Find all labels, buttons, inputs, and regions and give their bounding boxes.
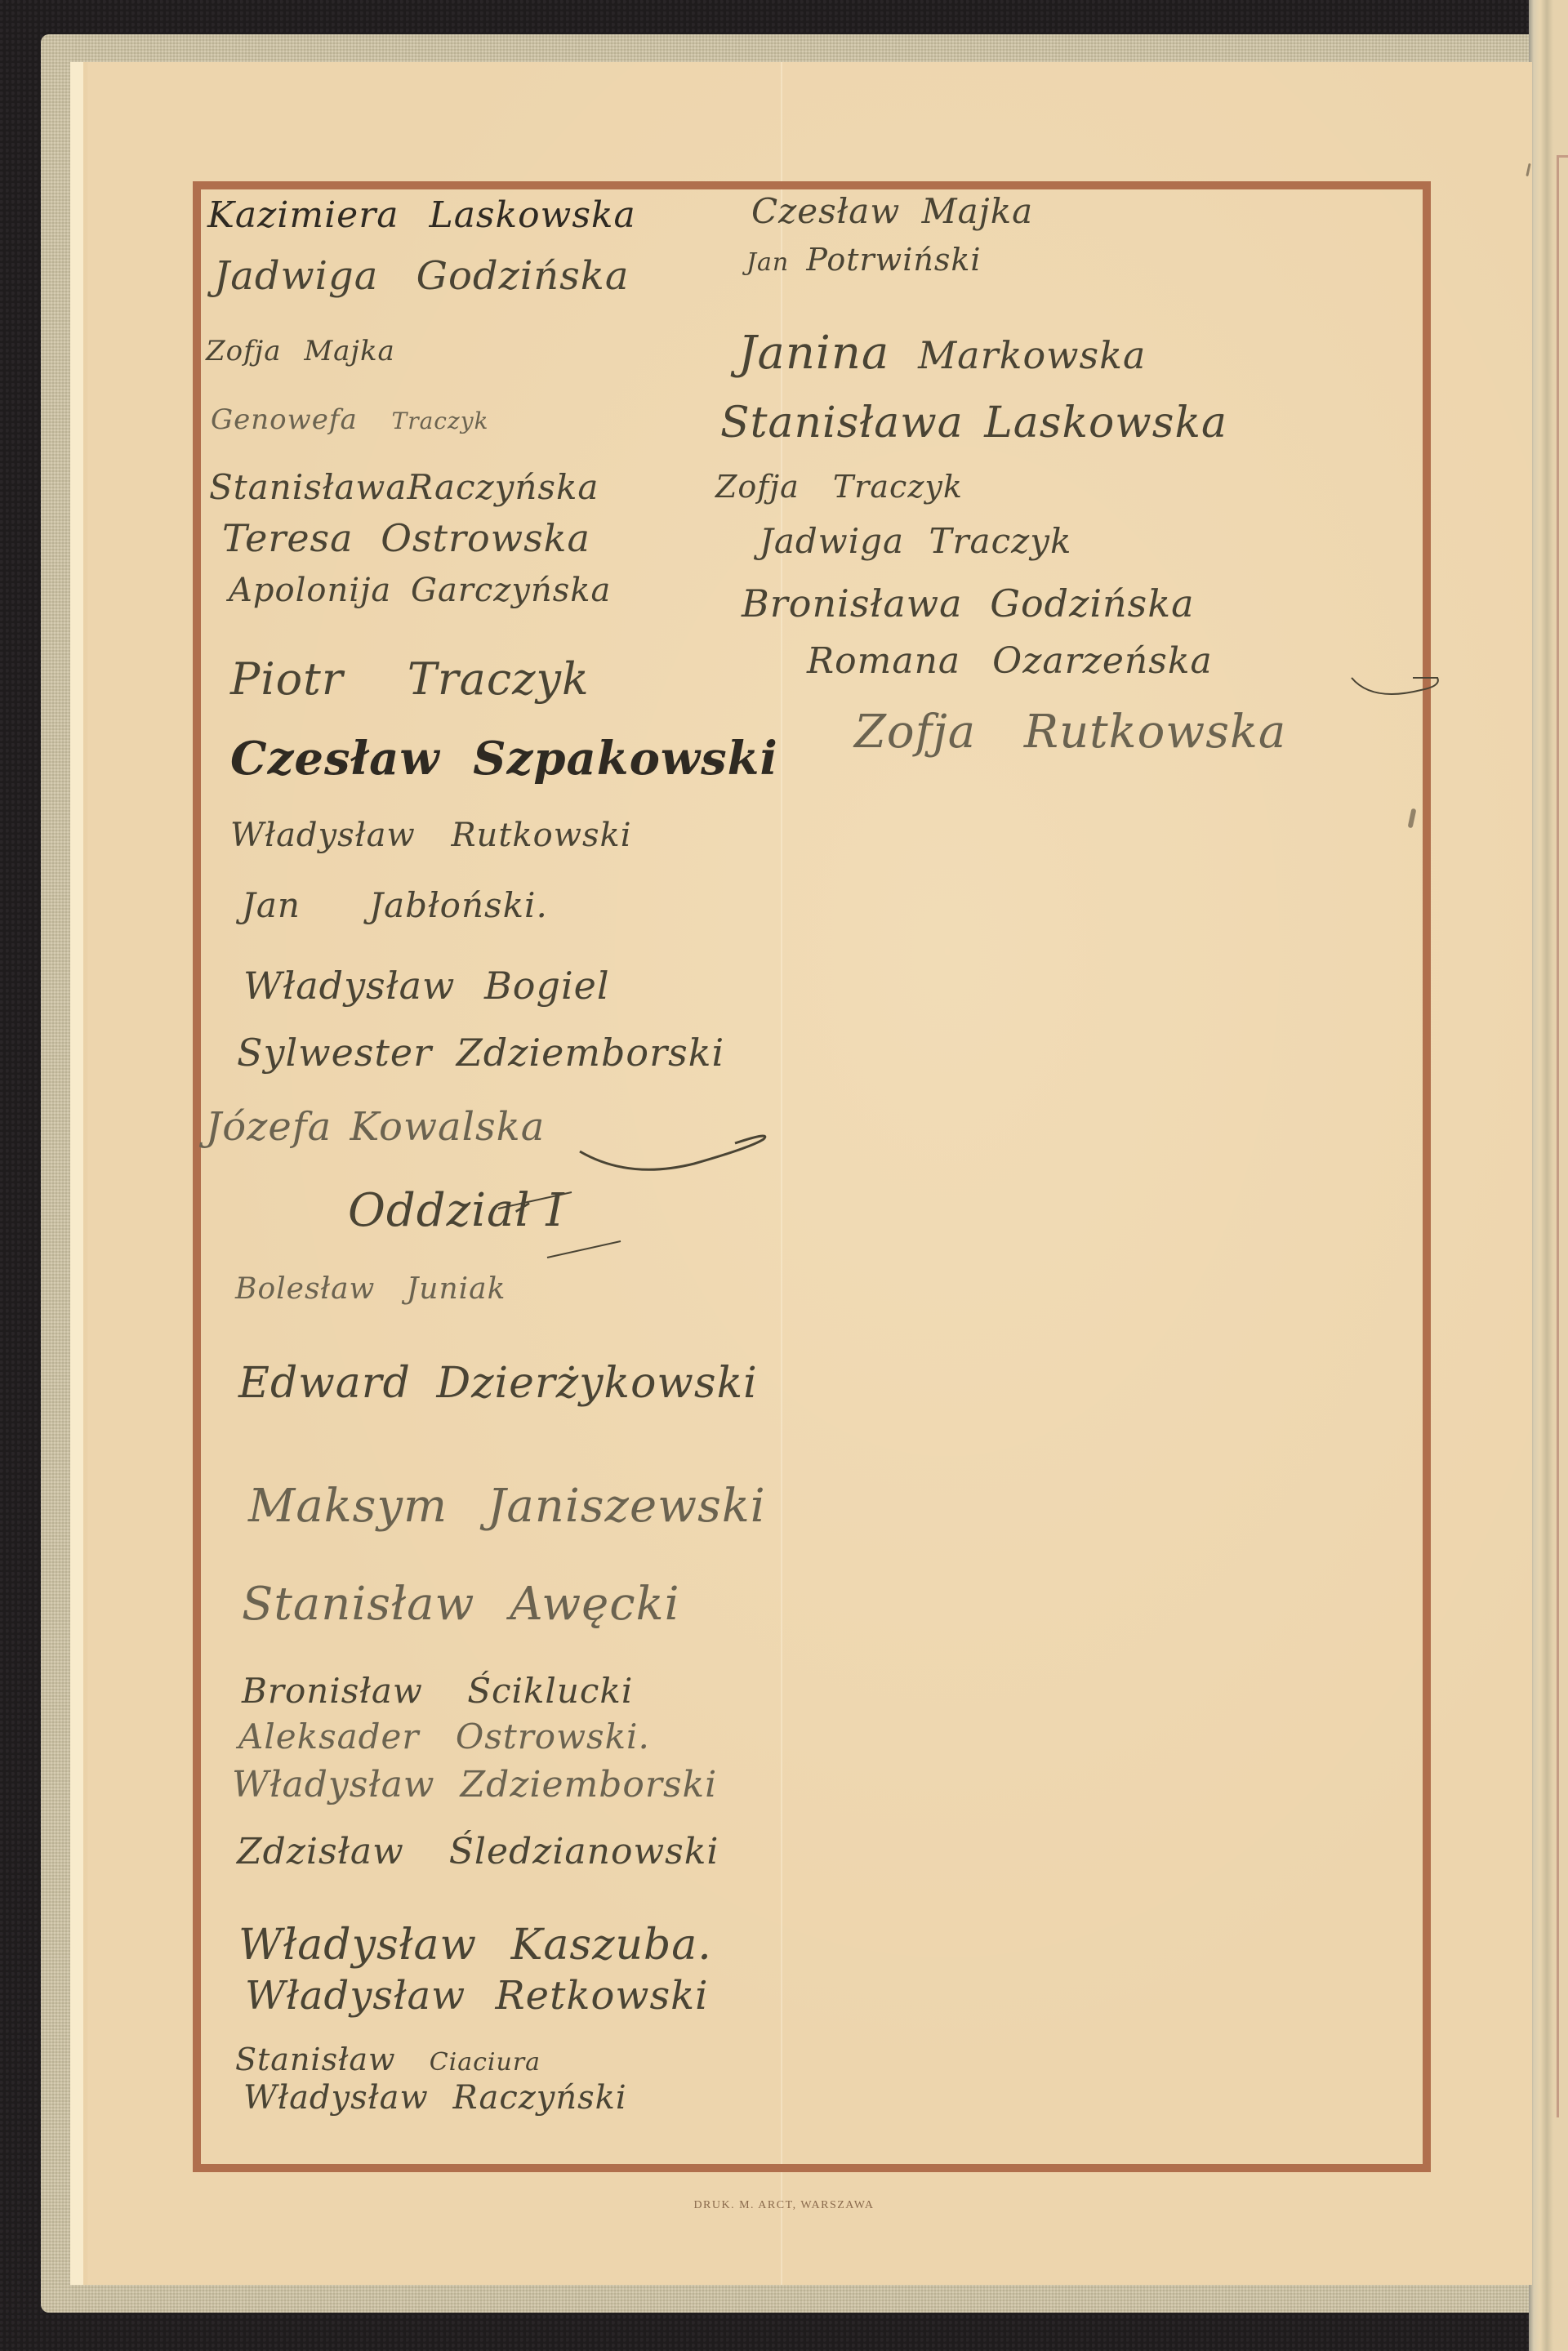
last-name: Garczyńska: [411, 572, 611, 609]
first-name: Stanisław: [242, 1578, 474, 1631]
last-name: Majka: [922, 191, 1034, 231]
last-name: Retkowski: [496, 1973, 709, 2019]
first-name: Bronisława: [742, 581, 963, 626]
last-name: Bogiel: [484, 964, 610, 1008]
first-name: Zdzisław: [237, 1831, 404, 1872]
last-name: Traczyk: [408, 653, 590, 705]
first-name: Władysław: [230, 817, 416, 854]
signature: Władysław Rutkowski: [230, 817, 632, 854]
first-name: Jan: [242, 885, 301, 925]
last-name: Ściklucki: [467, 1671, 633, 1711]
first-name: Władysław: [238, 1921, 477, 1970]
signature: Jadwiga Traczyk: [759, 521, 1071, 561]
signature: Edward Dzierżykowski: [238, 1359, 758, 1408]
first-name: Kazimiera: [207, 194, 399, 236]
last-name: Ostrowska: [381, 516, 590, 560]
signature: Czesław Szpakowski: [230, 732, 778, 786]
first-name: Władysław: [243, 964, 455, 1008]
signature: Jan Jabłoński.: [242, 885, 548, 925]
first-name: Czesław: [230, 732, 440, 786]
last-name: Ciaciura: [430, 2048, 541, 2077]
last-name: Juniak: [407, 1272, 506, 1306]
last-name: Raczyńska: [407, 467, 599, 507]
last-name: Rutkowska: [1024, 706, 1286, 759]
signature: Zdzisław Śledzianowski: [237, 1831, 719, 1872]
last-name: Szpakowski: [473, 732, 778, 786]
signature: Aleksader Ostrowski.: [238, 1716, 650, 1757]
last-name: Rutkowski: [451, 817, 631, 854]
last-name: Raczyński: [452, 2079, 626, 2117]
last-name: Zdziemborski: [457, 1031, 725, 1075]
signature: Stanisław Ciaciura: [235, 2042, 541, 2077]
signature: Jadwiga Godzińska: [214, 253, 630, 299]
first-name: Władysław: [245, 1973, 465, 2019]
first-name: Jadwiga: [214, 253, 378, 299]
signature: Bronisław Ściklucki: [242, 1671, 633, 1711]
signature: Zofja Rutkowska: [854, 706, 1286, 759]
first-name: Władysław: [243, 2079, 429, 2117]
signature: Sylwester Zdziemborski: [237, 1031, 724, 1075]
first-name: Władysław: [232, 1764, 435, 1806]
first-name: Bolesław: [235, 1272, 375, 1306]
first-name: Teresa: [222, 516, 354, 560]
printer-imprint: DRUK. M. ARCT, WARSZAWA: [0, 2199, 1568, 2212]
last-name: Śledzianowski: [449, 1831, 719, 1872]
first-name: Bronisław: [242, 1671, 423, 1711]
last-name: Kaszuba.: [511, 1921, 712, 1970]
signature: Czesław Majka: [751, 191, 1033, 231]
first-name: Stanisława: [209, 467, 407, 507]
first-name: Edward: [238, 1359, 411, 1408]
last-name: Majka: [304, 335, 395, 367]
flourish-stroke: [1347, 653, 1445, 702]
signature: Jan Potrwiński: [746, 242, 982, 278]
signature: Teresa Ostrowska: [222, 516, 590, 560]
last-name: Jabłoński.: [369, 885, 548, 925]
last-name: Laskowska: [429, 194, 635, 236]
signature: Józefa Kowalska: [206, 1104, 545, 1150]
last-name: Godzińska: [990, 581, 1194, 626]
first-name: Maksym: [248, 1480, 448, 1533]
signature: Stanisław Awęcki: [242, 1578, 679, 1631]
first-name: Jan: [746, 248, 789, 277]
first-name: Apolonija: [229, 572, 391, 609]
signature: Bolesław Juniak: [235, 1272, 506, 1306]
signature: Władysław Zdziemborski: [232, 1764, 717, 1806]
signature: Romana Ozarzeńska: [807, 640, 1213, 682]
last-name: Zdziemborski: [461, 1764, 718, 1806]
signature: Władysław Raczyński: [243, 2079, 627, 2117]
signature: Janina Markowska: [738, 327, 1146, 380]
first-name: Janina: [738, 327, 889, 380]
first-name: Józefa: [206, 1104, 332, 1150]
first-name: Piotr: [230, 653, 344, 705]
first-name: Stanisław: [235, 2042, 396, 2077]
signature: Władysław Retkowski: [245, 1973, 709, 2019]
signature: Bronisława Godzińska: [742, 581, 1195, 626]
signature: Apolonija Garczyńska: [229, 572, 611, 609]
last-name: Godzińska: [416, 253, 630, 299]
last-name: Kowalska: [350, 1104, 545, 1150]
last-name: Traczyk: [833, 469, 963, 505]
first-name: Zofja: [854, 706, 976, 759]
signature: Władysław Bogiel: [243, 964, 610, 1008]
signature: Zofja Majka: [206, 335, 395, 367]
last-name: Markowska: [918, 333, 1146, 377]
last-name: Traczyk: [392, 407, 489, 434]
last-name: Ostrowski.: [456, 1716, 650, 1757]
last-name: Potrwiński: [806, 242, 981, 278]
first-name: Jadwiga: [759, 521, 904, 561]
heading-underline: [425, 1184, 637, 1266]
last-name: Ozarzeńska: [992, 640, 1213, 682]
last-name: Traczyk: [929, 521, 1071, 561]
last-name: Janiszewski: [488, 1480, 766, 1533]
first-name: Sylwester: [237, 1031, 432, 1075]
facing-page-frame-edge: [1557, 155, 1568, 2117]
signature: Genowefa Traczyk: [211, 403, 489, 436]
signature: Zofja Traczyk: [715, 469, 963, 505]
last-name: Laskowska: [984, 399, 1227, 447]
first-name: Romana: [807, 640, 960, 682]
first-name: Stanisława: [720, 399, 964, 447]
signature: Władysław Kaszuba.: [238, 1921, 712, 1970]
signature: Stanisława Laskowska: [720, 399, 1227, 447]
first-name: Aleksader: [238, 1716, 419, 1757]
first-name: Czesław: [751, 191, 900, 231]
signature: Maksym Janiszewski: [248, 1480, 766, 1533]
signature: Kazimiera Laskowska: [207, 194, 636, 236]
signature: StanisławaRaczyńska: [209, 467, 599, 507]
last-name: Dzierżykowski: [436, 1359, 757, 1408]
flourish-stroke: [572, 1119, 776, 1176]
last-name: Awęcki: [510, 1578, 679, 1631]
signature: Piotr Traczyk: [230, 653, 590, 705]
first-name: Zofja: [715, 469, 800, 505]
first-name: Genowefa: [211, 403, 358, 436]
first-name: Zofja: [206, 335, 282, 367]
